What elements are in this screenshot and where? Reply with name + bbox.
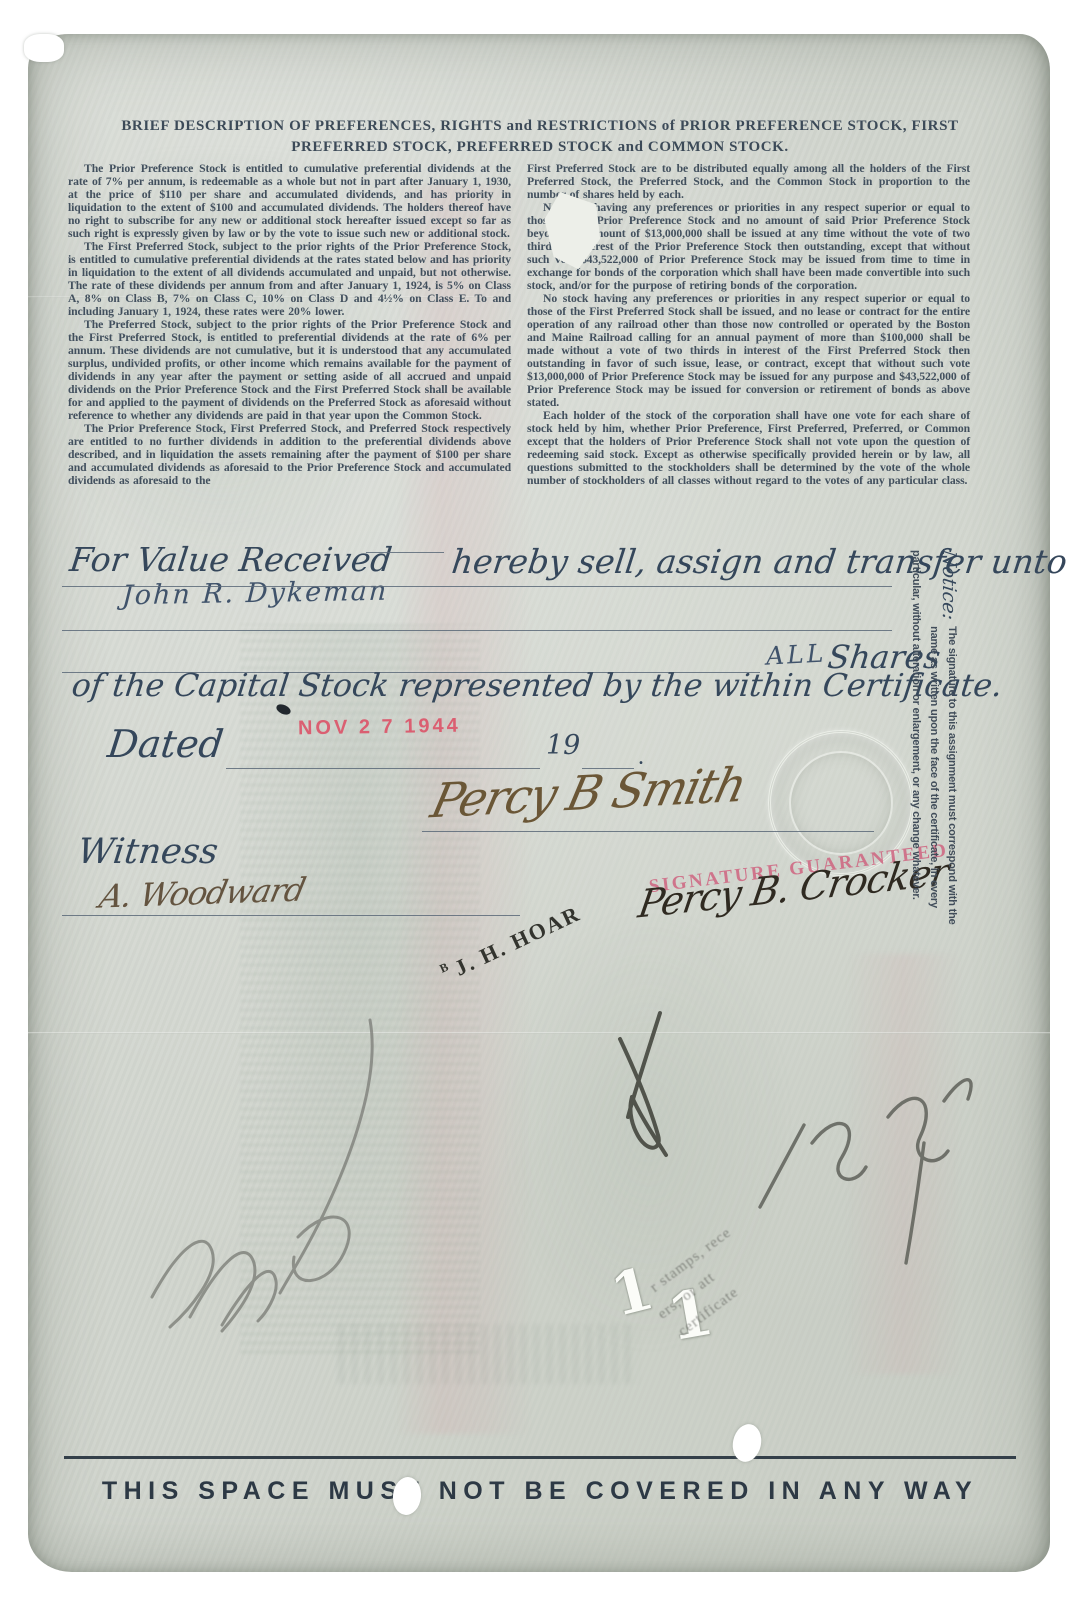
witness-script: Witness bbox=[76, 832, 221, 872]
paragraph: No stock having any preferences or prior… bbox=[527, 201, 970, 292]
document-title: BRIEF DESCRIPTION OF PREFERENCES, RIGHTS… bbox=[70, 116, 1010, 158]
corner-tear bbox=[24, 34, 64, 62]
title-line-1: BRIEF DESCRIPTION OF PREFERENCES, RIGHTS… bbox=[70, 116, 1010, 137]
witness-signature: A. Woodward bbox=[96, 870, 308, 915]
paragraph: First Preferred Stock are to be distribu… bbox=[527, 162, 970, 201]
capital-stock-script: of the Capital Stock represented by the … bbox=[70, 668, 1005, 704]
legal-right-column: First Preferred Stock are to be distribu… bbox=[527, 162, 970, 487]
paragraph: The First Preferred Stock, subject to th… bbox=[68, 240, 511, 318]
pencil-scribble-large bbox=[152, 1020, 372, 1331]
paragraph: The Prior Preference Stock is entitled t… bbox=[68, 162, 511, 240]
blank-line-2 bbox=[62, 630, 892, 631]
legal-left-column: The Prior Preference Stock is entitled t… bbox=[68, 162, 511, 487]
for-value-received-script: For Value Received bbox=[68, 540, 395, 579]
witness-signature-line bbox=[62, 915, 520, 916]
assignee-line bbox=[62, 586, 892, 587]
footer-warning-text: THIS SPACE MUST NOT BE COVERED IN ANY WA… bbox=[64, 1477, 1016, 1506]
date-stamp: NOV 2 7 1944 bbox=[298, 715, 461, 741]
year-prefix: 19 bbox=[546, 730, 580, 761]
sell-assign-transfer-script: hereby sell, assign and transfer unto bbox=[450, 542, 1070, 581]
seller-signature-line bbox=[422, 831, 874, 832]
paragraph: Each holder of the stock of the corporat… bbox=[527, 409, 970, 487]
paragraph: The Prior Preference Stock, First Prefer… bbox=[68, 422, 511, 487]
footer-rule bbox=[64, 1456, 1016, 1459]
pencil-scribbles bbox=[60, 975, 1000, 1405]
dated-line bbox=[226, 768, 540, 769]
notice-label-script: Notice: bbox=[938, 549, 960, 622]
legal-text-columns: The Prior Preference Stock is entitled t… bbox=[68, 162, 970, 487]
pencil-notation-bottom-right bbox=[760, 1080, 971, 1263]
stock-certificate-back-scan: BRIEF DESCRIPTION OF PREFERENCES, RIGHTS… bbox=[0, 0, 1080, 1605]
paragraph: The Preferred Stock, subject to the prio… bbox=[68, 318, 511, 422]
blank-after-for-value bbox=[366, 552, 444, 553]
shares-qty-handwritten: ALL bbox=[765, 638, 827, 670]
pencil-stroke-dark bbox=[620, 1013, 666, 1155]
embossed-seal-inner-ring bbox=[789, 751, 893, 855]
dated-script: Dated bbox=[105, 722, 226, 766]
title-line-2: PREFERRED STOCK, PREFERRED STOCK and COM… bbox=[70, 137, 1010, 158]
notice-block: Notice: The signature to this assignment… bbox=[896, 550, 962, 942]
paragraph: No stock having any preferences or prior… bbox=[527, 292, 970, 409]
assignee-handwritten: John R. Dykeman bbox=[121, 576, 389, 612]
